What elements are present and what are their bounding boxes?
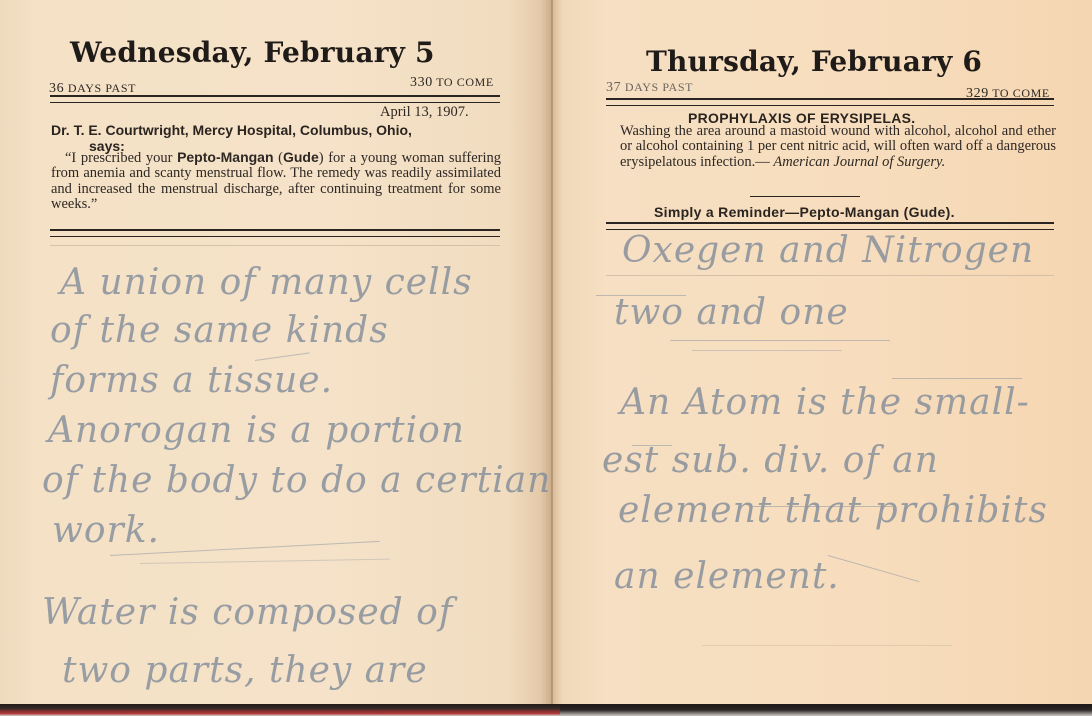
right-page: Thursday, February 6 37 days past 329 to… [552,0,1092,706]
underline-stroke [140,559,390,564]
right-days-past: 37 days past [606,80,693,96]
quote-open: “I prescribed your [65,150,177,166]
underline-stroke [692,350,842,351]
right-days-past-label: days past [625,80,693,94]
left-to-come: 330 to come [410,75,494,91]
testimonial-quote: “I prescribed your Pepto-Mangan (Gude) f… [51,150,501,212]
handwriting-line: of the body to do a certian [42,460,551,501]
article-source: American Journal of Surgery. [773,154,945,170]
left-to-come-number: 330 [410,75,433,90]
handwriting-line: A union of many cells [60,262,473,303]
handwriting-line: Water is composed of [42,592,453,633]
left-page: Wednesday, February 5 36 days past 330 t… [0,0,552,706]
faint-pencil-line [702,645,952,646]
t-cross-stroke [632,445,672,446]
left-days-past-label: days past [68,81,136,95]
handwriting-line: An Atom is the small- [620,382,1030,423]
left-footer-rule [50,229,500,237]
t-cross-stroke [892,378,1022,379]
article-body: Washing the area around a mastoid wound … [620,124,1056,170]
show-through-line [50,245,500,246]
underline-stroke [670,340,890,341]
product-brand: Gude [283,149,319,165]
handwriting-line: Anorogan is a portion [48,410,465,451]
quote-paren: ( [274,150,283,166]
testimonial-byline: Dr. T. E. Courtwright, Mercy Hospital, C… [51,122,501,138]
handwriting-line: est sub. div. of an [602,440,939,481]
t-cross-stroke [752,506,892,507]
short-divider [750,196,860,197]
book-cover-edge [0,704,1092,716]
handwriting-line: Oxegen and Nitrogen [622,230,1034,271]
show-through-line [606,275,1054,276]
handwriting-line: two parts, they are [62,650,428,691]
left-to-come-label: to come [436,75,494,89]
book-spine [551,0,553,706]
left-header-rule [50,95,500,103]
t-cross-stroke [828,555,920,582]
left-days-past-number: 36 [49,81,64,96]
product-name: Pepto-Mangan [177,149,273,165]
handwriting-line: an element. [614,556,840,597]
handwriting-line: element that prohibits [618,490,1048,531]
left-day-title: Wednesday, February 5 [70,36,435,69]
diary-spread: Wednesday, February 5 36 days past 330 t… [0,0,1092,716]
right-header-rule [606,98,1054,106]
handwriting-line: of the same kinds [50,310,389,351]
testimonial-date: April 13, 1907. [380,104,469,121]
right-days-past-number: 37 [606,80,621,95]
right-footer-rule [606,222,1054,230]
right-day-title: Thursday, February 6 [646,45,982,78]
handwriting-line: forms a tissue. [50,360,333,401]
handwriting-line: two and one [614,292,849,333]
handwriting-line: work. [52,510,160,551]
reminder-line: Simply a Reminder—Pepto-Mangan (Gude). [654,204,955,220]
book-cover-edge-right [560,704,1092,716]
